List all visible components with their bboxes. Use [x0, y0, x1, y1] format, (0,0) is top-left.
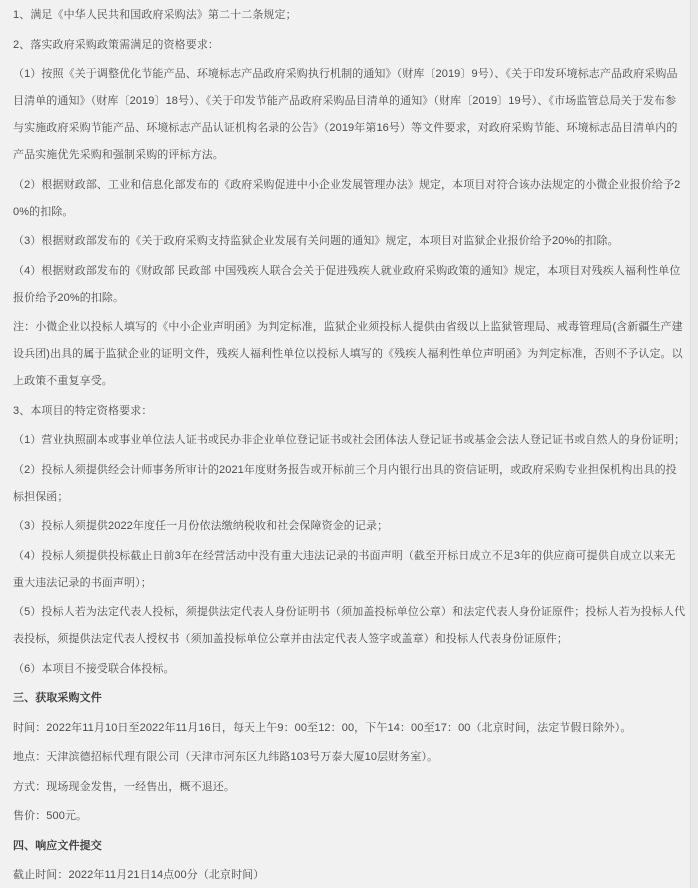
page-right-edge-strip: [690, 0, 698, 888]
policy-item-prison-enterprise-deduction: （3）根据财政部发布的《关于政府采购支持监狱企业发展有关问题的通知》规定，本项目…: [13, 228, 686, 255]
policy-item-energy-env-products: （1）按照《关于调整优化节能产品、环境标志产品政府采购执行机制的通知》（财库〔2…: [13, 61, 686, 169]
procurement-announcement-body: 1、满足《中华人民共和国政府采购法》第二十二条规定； 2、落实政府采购政策需满足…: [0, 0, 690, 888]
policy-item-disabled-welfare-deduction: （4）根据财政部发布的《财政部 民政部 中国残疾人联合会关于促进残疾人就业政府采…: [13, 258, 686, 312]
section-heading-response-submission: 四、响应文件提交: [13, 833, 686, 860]
clause-specific-qualifications: 3、本项目的特定资格要求：: [13, 398, 686, 425]
policy-note: 注：小微企业以投标人填写的《中小企业声明函》为判定标准，监狱企业须投标人提供由省…: [13, 314, 686, 395]
policy-item-sme-deduction: （2）根据财政部、工业和信息化部发布的《政府采购促进中小企业发展管理办法》规定，…: [13, 172, 686, 226]
qualification-item-no-major-violation: （4）投标人须提供投标截止日前3年在经营活动中没有重大违法记录的书面声明（截至开…: [13, 543, 686, 597]
obtain-price: 售价：500元。: [13, 803, 686, 830]
section-heading-obtain-documents: 三、获取采购文件: [13, 685, 686, 712]
qualification-item-legal-representative: （5）投标人若为法定代表人投标，须提供法定代表人身份证明书（须加盖投标单位公章）…: [13, 599, 686, 653]
clause-policy-requirements: 2、落实政府采购政策需满足的资格要求：: [13, 32, 686, 59]
qualification-item-financial-report: （2）投标人须提供经会计师事务所审计的2021年度财务报告或开标前三个月内银行出…: [13, 457, 686, 511]
obtain-time: 时间：2022年11月10日至2022年11月16日，每天上午9：00至12：0…: [13, 715, 686, 742]
qualification-item-business-license: （1）营业执照副本或事业单位法人证书或民办非企业单位登记证书或社会团体法人登记证…: [13, 427, 686, 454]
obtain-method: 方式：现场现金发售，一经售出，概不退还。: [13, 774, 686, 801]
qualification-item-tax-social-security-record: （3）投标人须提供2022年度任一月份依法缴纳税收和社会保障资金的记录；: [13, 513, 686, 540]
submission-deadline: 截止时间：2022年11月21日14点00分（北京时间）: [13, 862, 686, 888]
clause-law-compliance: 1、满足《中华人民共和国政府采购法》第二十二条规定；: [13, 2, 686, 29]
qualification-item-no-consortium: （6）本项目不接受联合体投标。: [13, 656, 686, 683]
obtain-location: 地点：天津滨德招标代理有限公司（天津市河东区九纬路103号万泰大厦10层财务室）…: [13, 744, 686, 771]
